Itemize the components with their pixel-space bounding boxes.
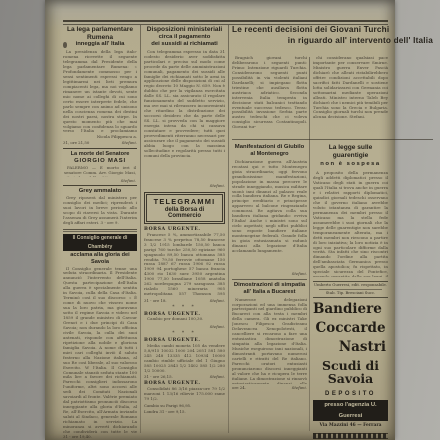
ad-agency-band: presso l'agenzia U. Guerresi xyxy=(313,400,388,421)
signature: Stefani. xyxy=(122,140,137,145)
asterisk-separator: * * * xyxy=(144,331,225,336)
time-stamp: 31, ore 21,50 xyxy=(63,140,89,145)
time-stamp: Londra 31 - ore 9,15. xyxy=(144,409,225,414)
signature: Stefani. xyxy=(64,178,136,183)
headline: Dimostrazioni di simpatia xyxy=(232,282,307,289)
borsa-header: BORSA URGENTE. xyxy=(144,381,225,386)
signature: Stefani. xyxy=(292,385,307,390)
column-4: La legge sulle guarentigie non è sospesa… xyxy=(313,144,388,439)
column-rule xyxy=(140,25,141,433)
signature: Stefani. xyxy=(210,298,225,303)
body-text: Grey riposerà dal ministero per consigli… xyxy=(63,196,137,226)
signature: Stefani. xyxy=(144,183,225,188)
asterisk-separator: * * * xyxy=(144,305,225,310)
section-rule xyxy=(232,279,307,280)
headline: La legge sulle guarentigie xyxy=(313,144,388,159)
main-headline-line2: in riguardo all' intervento dell' Italia xyxy=(232,36,433,45)
dateline: 31, ore 21,50 Stefani. xyxy=(63,140,137,145)
subheadline: all' Italia a Bucarest xyxy=(232,289,307,296)
signature: Stefani. xyxy=(144,324,225,329)
body-text: Francese 5 %, ammortizzabile 77,50 franc… xyxy=(144,233,225,297)
headline: Manifestazioni di Giubilo xyxy=(232,144,307,151)
subheadline: inneggia all' Italia xyxy=(63,41,137,48)
column-3: Manifestazioni di Giubilo al Montenegro … xyxy=(232,144,307,390)
article-giovani-turchi: Le recenti decisioni dei Giovani Turchi … xyxy=(232,25,433,45)
imprint-box: Umberto Guerresi, edit. responsabile. St… xyxy=(313,281,388,298)
signature: Stefani. xyxy=(232,271,307,276)
body-text: A proposito della permanenza degli addet… xyxy=(313,171,388,277)
column-rule xyxy=(228,25,229,433)
subheadline: acclama alla gloria dei Savoia xyxy=(63,252,137,265)
cambio-line: Cambio su Parigi 96,95. xyxy=(144,403,225,408)
ad-line-coccarde: Coccarde xyxy=(313,321,388,336)
ad-line-deposito: DEPOSITO xyxy=(313,391,388,397)
telegrammi-box-inner: TELEGRAMMI della Borsa di Commercio xyxy=(146,194,223,222)
dateline: 31 - ore 18. Stefani. xyxy=(144,298,225,303)
borsa-header: BORSA URGENTE. xyxy=(144,227,225,232)
borsa-urgente-3: BORSA URGENTE. Media cambi moneta 105 da… xyxy=(144,338,225,379)
time-stamp: 31 - ore 26,15. xyxy=(144,374,173,379)
dateline: 31 - ore 26,15. Stefani. xyxy=(144,374,225,379)
body-text: Cambio per domani 100,30. xyxy=(144,317,225,323)
borsa-urgente-4: BORSA URGENTE. Consolidati 86 3/16 piazz… xyxy=(144,381,225,414)
subheadline: non è sospesa xyxy=(313,161,388,168)
body-text: Con telegramma espresso in data 31 codes… xyxy=(144,50,225,182)
body-text: Bragsich giovani turchi deliberarono i s… xyxy=(232,56,307,136)
reversed-headline: Il Consiglio generale di Chambéry xyxy=(63,234,137,251)
time-stamp: 31 - ore 19,40. xyxy=(63,434,137,439)
newspaper-page: La lega parlamentare Rumena inneggia all… xyxy=(45,0,395,440)
article-disposizioni: Disposizioni ministeriali circa il pagam… xyxy=(144,26,225,188)
telegrammi-subtitle: della Borsa di Commercio xyxy=(148,207,221,219)
section-rule xyxy=(63,229,137,232)
headline: Grey ammalato xyxy=(63,188,137,195)
telegrammi-title: TELEGRAMMI xyxy=(148,197,221,206)
time-stamp: 31 - ore 18. xyxy=(144,298,167,303)
body-text: La presidenza della lega italo-romena ri… xyxy=(63,50,137,134)
main-body-left: Bragsich giovani turchi deliberarono i s… xyxy=(232,56,307,136)
body-text: Il Consiglio generale tenne una seduta s… xyxy=(63,267,137,433)
borsa-urgente-1: BORSA URGENTE. Francese 5 %, ammortizzab… xyxy=(144,227,225,303)
borsa-urgente-2: BORSA URGENTE. Cambio per domani 100,30.… xyxy=(144,312,225,329)
headline: La morte del Senatore xyxy=(64,151,136,158)
time-stamp: ore 24. xyxy=(232,385,246,390)
subheadline: circa il pagamento xyxy=(144,34,225,41)
article-lega-rumena: La lega parlamentare Rumena inneggia all… xyxy=(63,26,137,145)
checker-border xyxy=(313,433,388,439)
body-text: Numerose delegazioni corporazioni ed una… xyxy=(232,298,307,384)
body-text: Media cambi moneta 105 da vendere 5,8/91… xyxy=(144,344,225,373)
main-headline-line1: Le recenti decisioni dei Giovani Turchi xyxy=(232,25,433,34)
article-guarentigie: La legge sulle guarentigie non è sospesa… xyxy=(313,144,388,277)
subheadline: dei sussidi ai richiamati xyxy=(144,41,225,48)
borsa-header: BORSA URGENTE. xyxy=(144,338,225,343)
headline: La lega parlamentare Rumena xyxy=(63,26,137,41)
column-1: La lega parlamentare Rumena inneggia all… xyxy=(63,26,137,439)
headline-name: GIORGIO MASI xyxy=(64,158,136,165)
body-text: Dichiarazione guerra all'Austria recatas… xyxy=(232,160,307,270)
body-text: chi considerano qualsiasi pace important… xyxy=(313,56,388,136)
column-2: Disposizioni ministeriali circa il pagam… xyxy=(144,26,225,414)
ad-line-scudi: Scudi di Savoia xyxy=(313,359,388,387)
article-morte-masi: La morte del Senatore GIORGIO MASI PALER… xyxy=(63,148,137,186)
advert-bandiere: Bandiere Coccarde Nastri Scudi di Savoia… xyxy=(313,302,388,439)
printer-line: Stab. Tip. Bresciani Succ. xyxy=(313,291,388,296)
headline: Disposizioni ministeriali xyxy=(144,26,225,34)
byline: Nicola Filippescu a. xyxy=(63,134,137,139)
section-rule xyxy=(232,139,433,141)
subheadline: al Montenegro xyxy=(232,151,307,158)
article-grey: Grey ammalato Grey riposerà dal minister… xyxy=(63,188,137,226)
ad-address: Via Mazzini 46 — Ferrara xyxy=(313,423,388,428)
main-body-right: chi considerano qualsiasi pace important… xyxy=(313,56,388,136)
editor-line: Umberto Guerresi, edit. responsabile. xyxy=(313,283,388,288)
ad-line-nastri: Nastri xyxy=(313,340,388,355)
article-chambery: Il Consiglio generale di Chambéry acclam… xyxy=(63,234,137,438)
telegrammi-box: TELEGRAMMI della Borsa di Commercio xyxy=(144,192,225,224)
signature: Stefani. xyxy=(210,374,225,379)
article-bucarest: Dimostrazioni di simpatia all' Italia a … xyxy=(232,282,307,390)
article-montenegro: Manifestazioni di Giubilo al Montenegro … xyxy=(232,144,307,276)
ad-line-bandiere: Bandiere xyxy=(313,302,388,317)
column-rule xyxy=(309,57,310,431)
dateline: ore 24. Stefani. xyxy=(232,385,307,390)
body-text: Consolidati 86 3/16 piazza-ore 79 1/2 ma… xyxy=(144,387,225,402)
body-text: PALERMO — È morto ieri il senatore Comm.… xyxy=(64,166,136,177)
